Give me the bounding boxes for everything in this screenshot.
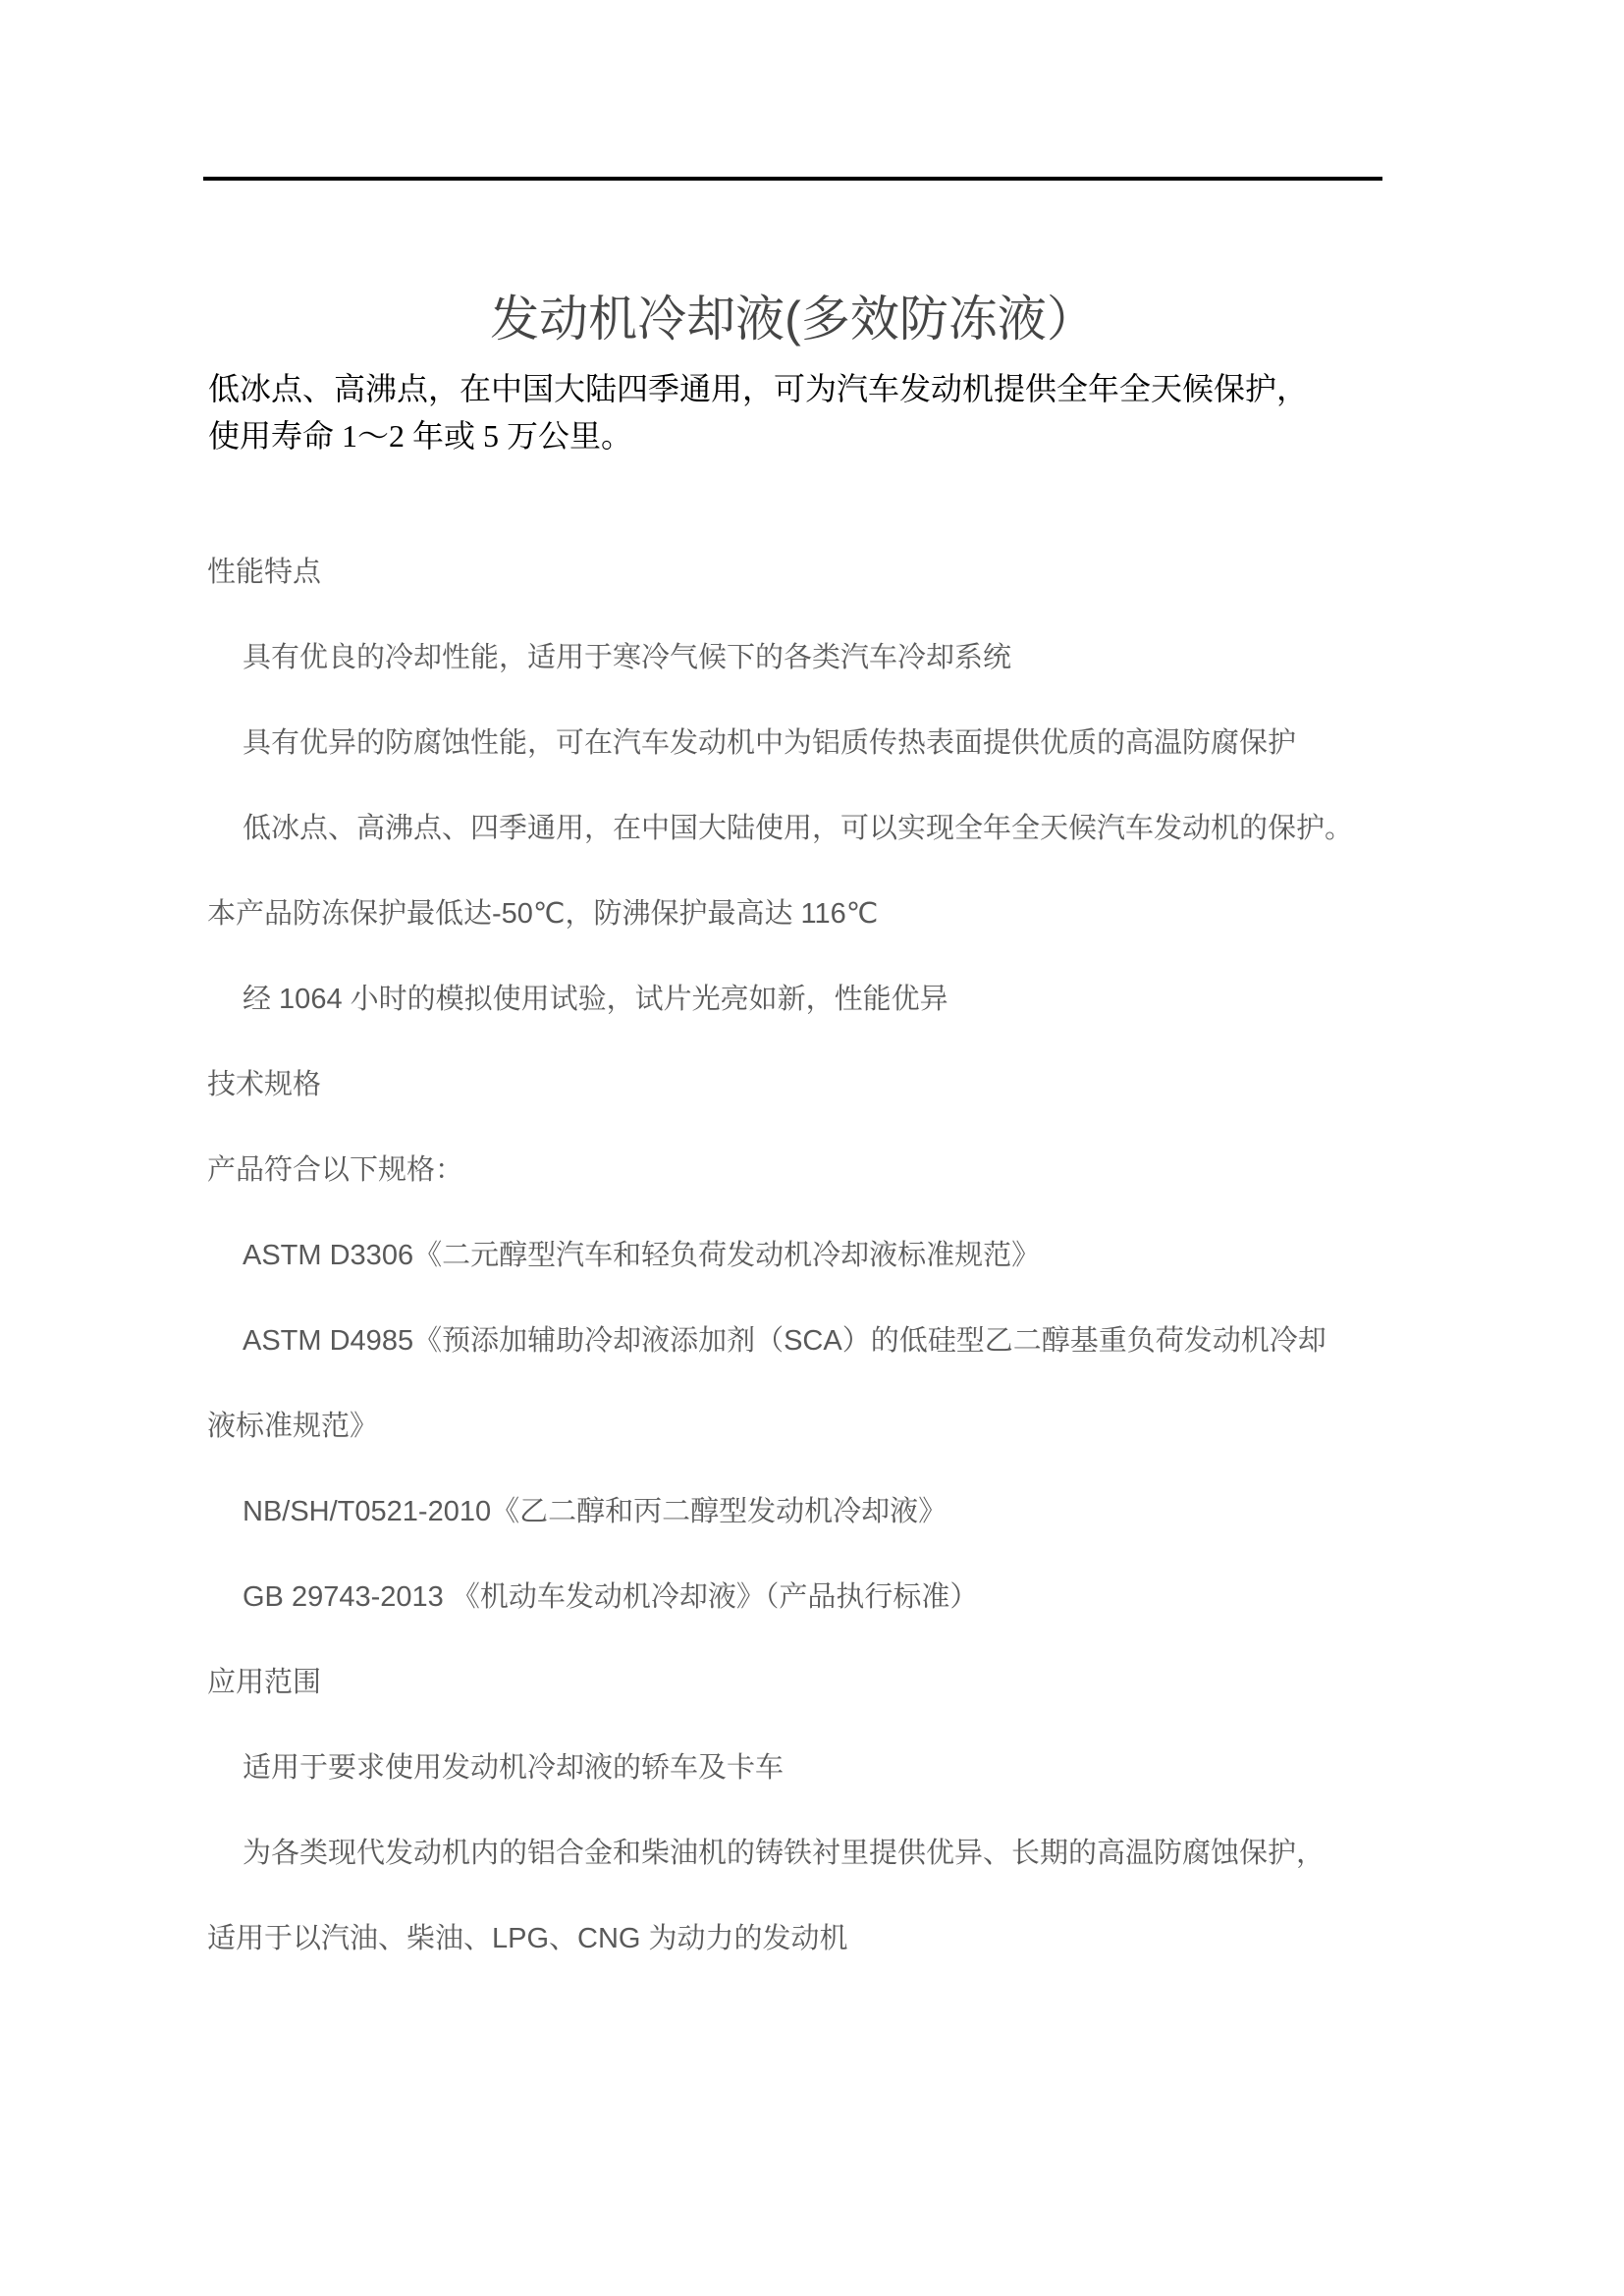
body-line: 具有优异的防腐蚀性能，可在汽车发动机中为铝质传热表面提供优质的高温防腐保护 (207, 701, 1353, 786)
body-line: 适用于以汽油、柴油、LPG、CNG 为动力的发动机 (207, 1896, 1353, 1982)
section-heading-performance: 性能特点 (207, 530, 1353, 615)
body-line: 为各类现代发动机内的铝合金和柴油机的铸铁衬里提供优异、长期的高温防腐蚀保护， (207, 1811, 1353, 1896)
body-line: 本产品防冻保护最低达-50℃，防沸保护最高达 116℃ (207, 872, 1353, 957)
document-page: 发动机冷却液(多效防冻液） 低冰点、高沸点，在中国大陆四季通用，可为汽车发动机提… (0, 0, 1624, 2296)
section-heading-specs: 技术规格 (207, 1042, 1353, 1128)
body-line: ASTM D3306《二元醇型汽车和轻负荷发动机冷却液标准规范》 (207, 1213, 1353, 1299)
body-line: 适用于要求使用发动机冷却液的轿车及卡车 (207, 1726, 1353, 1811)
document-body: 性能特点 具有优良的冷却性能，适用于寒冷气候下的各类汽车冷却系统 具有优异的防腐… (207, 530, 1353, 1982)
document-title: 发动机冷却液(多效防冻液） (203, 289, 1382, 349)
intro-line: 使用寿命 1～2 年或 5 万公里。 (208, 412, 1308, 459)
intro-line: 低冰点、高沸点，在中国大陆四季通用，可为汽车发动机提供全年全天候保护， (208, 365, 1308, 412)
body-line: 产品符合以下规格： (207, 1128, 1353, 1213)
body-line: 具有优良的冷却性能，适用于寒冷气候下的各类汽车冷却系统 (207, 615, 1353, 701)
body-line: 低冰点、高沸点、四季通用，在中国大陆使用，可以实现全年全天候汽车发动机的保护。 (207, 786, 1353, 872)
body-line: 液标准规范》 (207, 1384, 1353, 1469)
body-line: ASTM D4985《预添加辅助冷却液添加剂（SCA）的低硅型乙二醇基重负荷发动… (207, 1299, 1353, 1384)
body-line: NB/SH/T0521-2010《乙二醇和丙二醇型发动机冷却液》 (207, 1469, 1353, 1555)
body-line: GB 29743-2013 《机动车发动机冷却液》（产品执行标准） (207, 1555, 1353, 1640)
header-rule (203, 177, 1382, 181)
body-line: 经 1064 小时的模拟使用试验，试片光亮如新，性能优异 (207, 957, 1353, 1042)
intro-paragraph: 低冰点、高沸点，在中国大陆四季通用，可为汽车发动机提供全年全天候保护， 使用寿命… (208, 365, 1308, 459)
section-heading-applications: 应用范围 (207, 1640, 1353, 1726)
